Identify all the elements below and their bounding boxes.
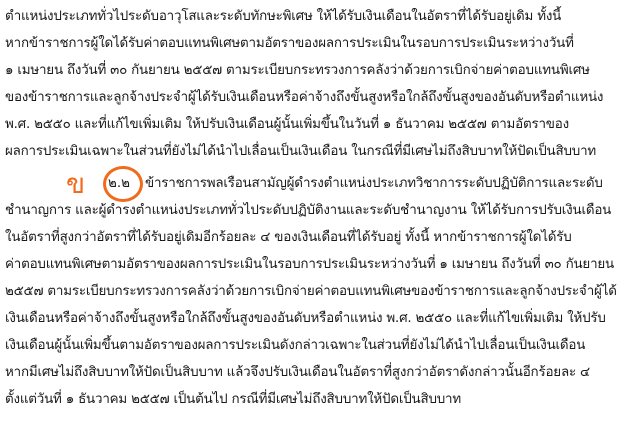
section-number: ๒.๒ — [108, 174, 130, 194]
handwritten-annotation-letter: ข — [66, 168, 85, 200]
paragraph-1-line-5: พ.ศ. ๒๕๕๐ และที่แก้ไขเพิ่มเติม ให้ปรับเง… — [5, 115, 569, 135]
paragraph-1-line-2: หากข้าราชการผู้ใดได้รับค่าตอบแทนพิเศษตาม… — [5, 34, 574, 54]
paragraph-2-line-8: หากมีเศษไม่ถึงสิบบาทให้ปัดเป็นสิบบาท แล้… — [5, 363, 590, 383]
paragraph-2-line-5: ๒๕๕๗ ตามระเบียบกระทรวงการคลังว่าด้วยการเ… — [5, 282, 617, 302]
paragraph-2-line-3: ในอัตราที่สูงกว่าอัตราที่ได้รับอยู่เดิมอ… — [5, 228, 572, 248]
document-page: ตำแหน่งประเภททั่วไประดับอาวุโสและระดับทั… — [0, 0, 617, 425]
paragraph-2-line-7: เงินเดือนผู้นั้นเพิ่มขึ้นตามอัตราของผลกา… — [5, 336, 585, 356]
paragraph-2-line-9: ตั้งแต่วันที่ ๑ ธันวาคม ๒๕๕๗ เป็นต้นไป ก… — [5, 390, 461, 410]
paragraph-1-line-1: ตำแหน่งประเภททั่วไประดับอาวุโสและระดับทั… — [5, 7, 561, 27]
paragraph-2-line-6: เงินเดือนหรือค่าจ้างถึงขั้นสูงหรือใกล้ถึ… — [5, 309, 606, 329]
paragraph-1-line-4: ของข้าราชการและลูกจ้างประจำผู้ได้รับเงิน… — [5, 88, 603, 108]
paragraph-1-line-6: ผลการประเมินเฉพาะในส่วนที่ยังไม่ได้นำไปเ… — [5, 142, 596, 162]
paragraph-1-line-3: ๑ เมษายน ถึงวันที่ ๓๐ กันยายน ๒๕๕๗ ตามระ… — [5, 61, 590, 81]
paragraph-2-line-1: ข้าราชการพลเรือนสามัญผู้ดำรงตำแหน่งประเภ… — [145, 174, 603, 194]
paragraph-2-line-2: ชำนาญการ และผู้ดำรงตำแหน่งประเภททั่วไประ… — [5, 201, 611, 221]
paragraph-2-line-4: ค่าตอบแทนพิเศษตามอัตราของผลการประเมินในร… — [5, 255, 614, 275]
